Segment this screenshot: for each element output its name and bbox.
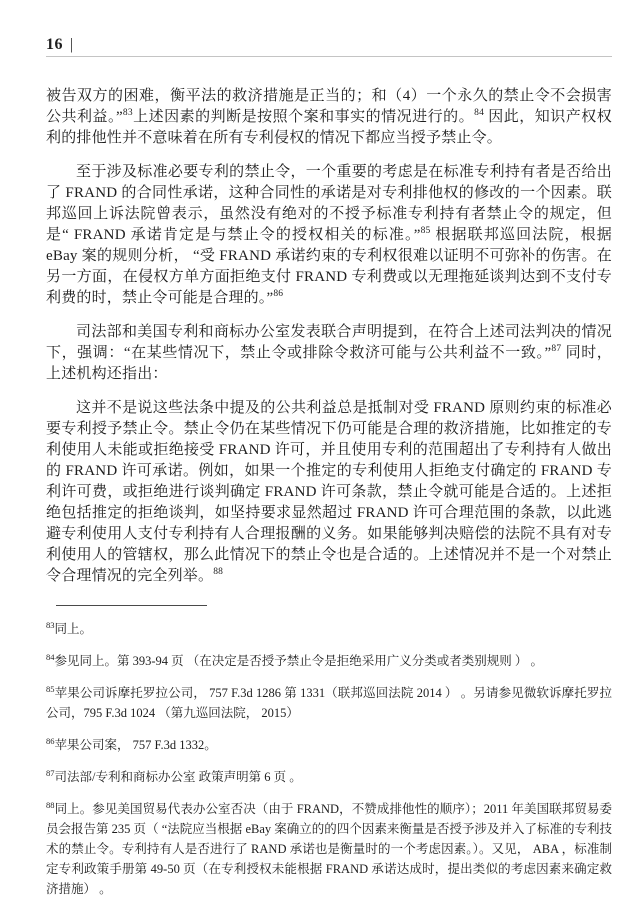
paragraph-quoted-statement: 这并不是说这些法条中提及的公共利益总是抵制对受 FRAND 原则约束的标准必要专… <box>46 398 612 587</box>
footnote: 88同上。参见美国贸易代表办公室否决（由于 FRAND，不赞成排他性的顺序）；2… <box>46 799 612 899</box>
footnote: 85苹果公司诉摩托罗拉公司， 757 F.3d 1286 第 1331（联邦巡回… <box>46 683 612 723</box>
footnote-text: 苹果公司案， 757 F.3d 1332。 <box>55 738 217 752</box>
footnote-list: 83同上。84参见同上。第 393-94 页 （在决定是否授予禁止令是拒绝采用广… <box>46 619 612 899</box>
footnote: 87司法部/专利和商标办公室 政策声明第 6 页 。 <box>46 767 612 787</box>
footnote-number: 87 <box>46 768 55 778</box>
footnote: 84参见同上。第 393-94 页 （在决定是否授予禁止令是拒绝采用广义分类或者… <box>46 651 612 671</box>
footnote: 86苹果公司案， 757 F.3d 1332。 <box>46 735 612 755</box>
footnotes-section: 83同上。84参见同上。第 393-94 页 （在决定是否授予禁止令是拒绝采用广… <box>46 605 612 899</box>
footnote-number: 83 <box>46 620 55 630</box>
footnote-text: 苹果公司诉摩托罗拉公司， 757 F.3d 1286 第 1331（联邦巡回法院… <box>46 686 612 720</box>
footnote-ref: 87 <box>551 344 561 354</box>
footnote-separator <box>56 605 207 606</box>
document-page: 16| 被告双方的困难，衡平法的救济措施是正当的；和（4）一个永久的禁止令不会损… <box>0 0 640 905</box>
footnote-ref: 83 <box>123 108 133 118</box>
footnote-ref: 85 <box>421 226 431 236</box>
footnote-ref: 88 <box>213 567 223 577</box>
paragraph-sep-injunction: 至于涉及标准必要专利的禁止令，一个重要的考虑是在标准专利持有者是否给出了 FRA… <box>46 162 612 309</box>
footnote-number: 88 <box>46 800 55 810</box>
footnote-text: 同上。参见美国贸易代表办公室否决（由于 FRAND，不赞成排他性的顺序）；201… <box>46 802 612 896</box>
footnote: 83同上。 <box>46 619 612 639</box>
body-text: 被告双方的困难，衡平法的救济措施是正当的；和（4）一个永久的禁止令不会损害公共利… <box>46 86 612 587</box>
footnote-text: 同上。 <box>55 622 93 636</box>
footnote-ref: 86 <box>273 289 283 299</box>
footnote-number: 85 <box>46 684 55 694</box>
header-divider-bar: | <box>70 36 73 53</box>
paragraph-doj-uspto-statement: 司法部和美国专利和商标办公室发表联合声明提到，在符合上述司法判决的情况下，强调：… <box>46 322 612 385</box>
footnote-number: 84 <box>46 652 55 662</box>
footnote-text: 参见同上。第 393-94 页 （在决定是否授予禁止令是拒绝采用广义分类或者类别… <box>55 654 544 668</box>
paragraph-ebay-factors: 被告双方的困难，衡平法的救济措施是正当的；和（4）一个永久的禁止令不会损害公共利… <box>46 86 612 149</box>
footnote-ref: 84 <box>474 108 484 118</box>
page-number: 16 <box>46 36 63 53</box>
page-header: 16| <box>46 36 612 57</box>
footnote-text: 司法部/专利和商标办公室 政策声明第 6 页 。 <box>55 770 302 784</box>
footnote-number: 86 <box>46 736 55 746</box>
